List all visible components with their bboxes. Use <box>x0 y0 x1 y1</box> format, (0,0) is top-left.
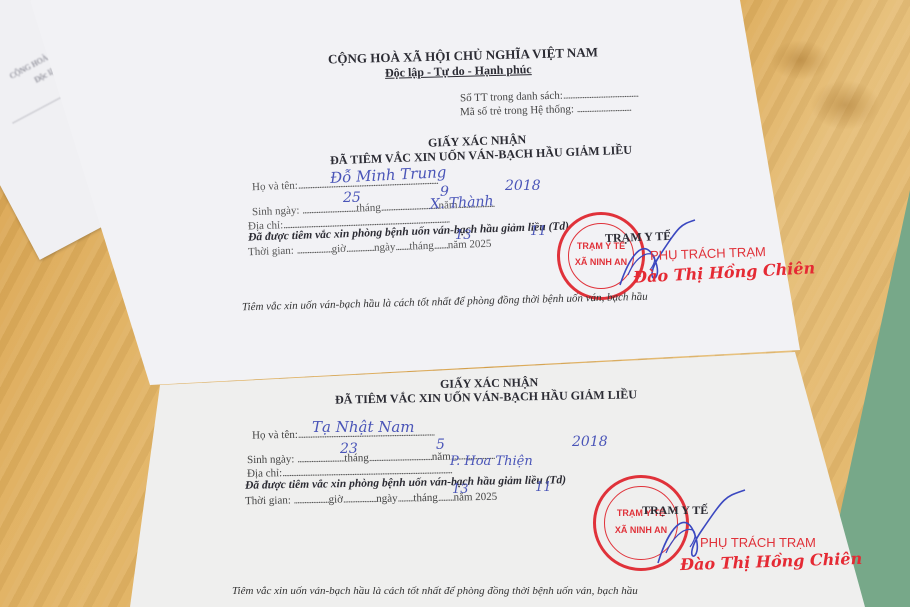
wood-knot <box>810 80 880 130</box>
dob-year-handwritten: 2018 <box>505 178 541 194</box>
address-handwritten: X. Thành <box>430 193 494 212</box>
vaccination-day-handwritten: 13 <box>455 228 472 243</box>
signer-title: PHỤ TRÁCH TRẠM <box>700 535 816 550</box>
dob-month-handwritten: 5 <box>436 437 445 453</box>
dob-day-handwritten: 23 <box>340 441 358 457</box>
dob-day-handwritten: 25 <box>343 190 361 206</box>
certificate-footer: Tiêm vắc xin uốn ván-bạch hầu là cách tố… <box>232 585 638 597</box>
vaccination-month-handwritten: 11 <box>530 224 547 239</box>
vaccination-day-handwritten: 13 <box>452 482 469 497</box>
wood-knot <box>770 40 830 80</box>
vaccination-month-handwritten: 11 <box>535 480 552 495</box>
dob-year-handwritten: 2018 <box>572 434 608 450</box>
address-handwritten: P. Hoa Thiện <box>450 454 533 469</box>
name-handwritten: Tạ Nhật Nam <box>312 418 415 436</box>
